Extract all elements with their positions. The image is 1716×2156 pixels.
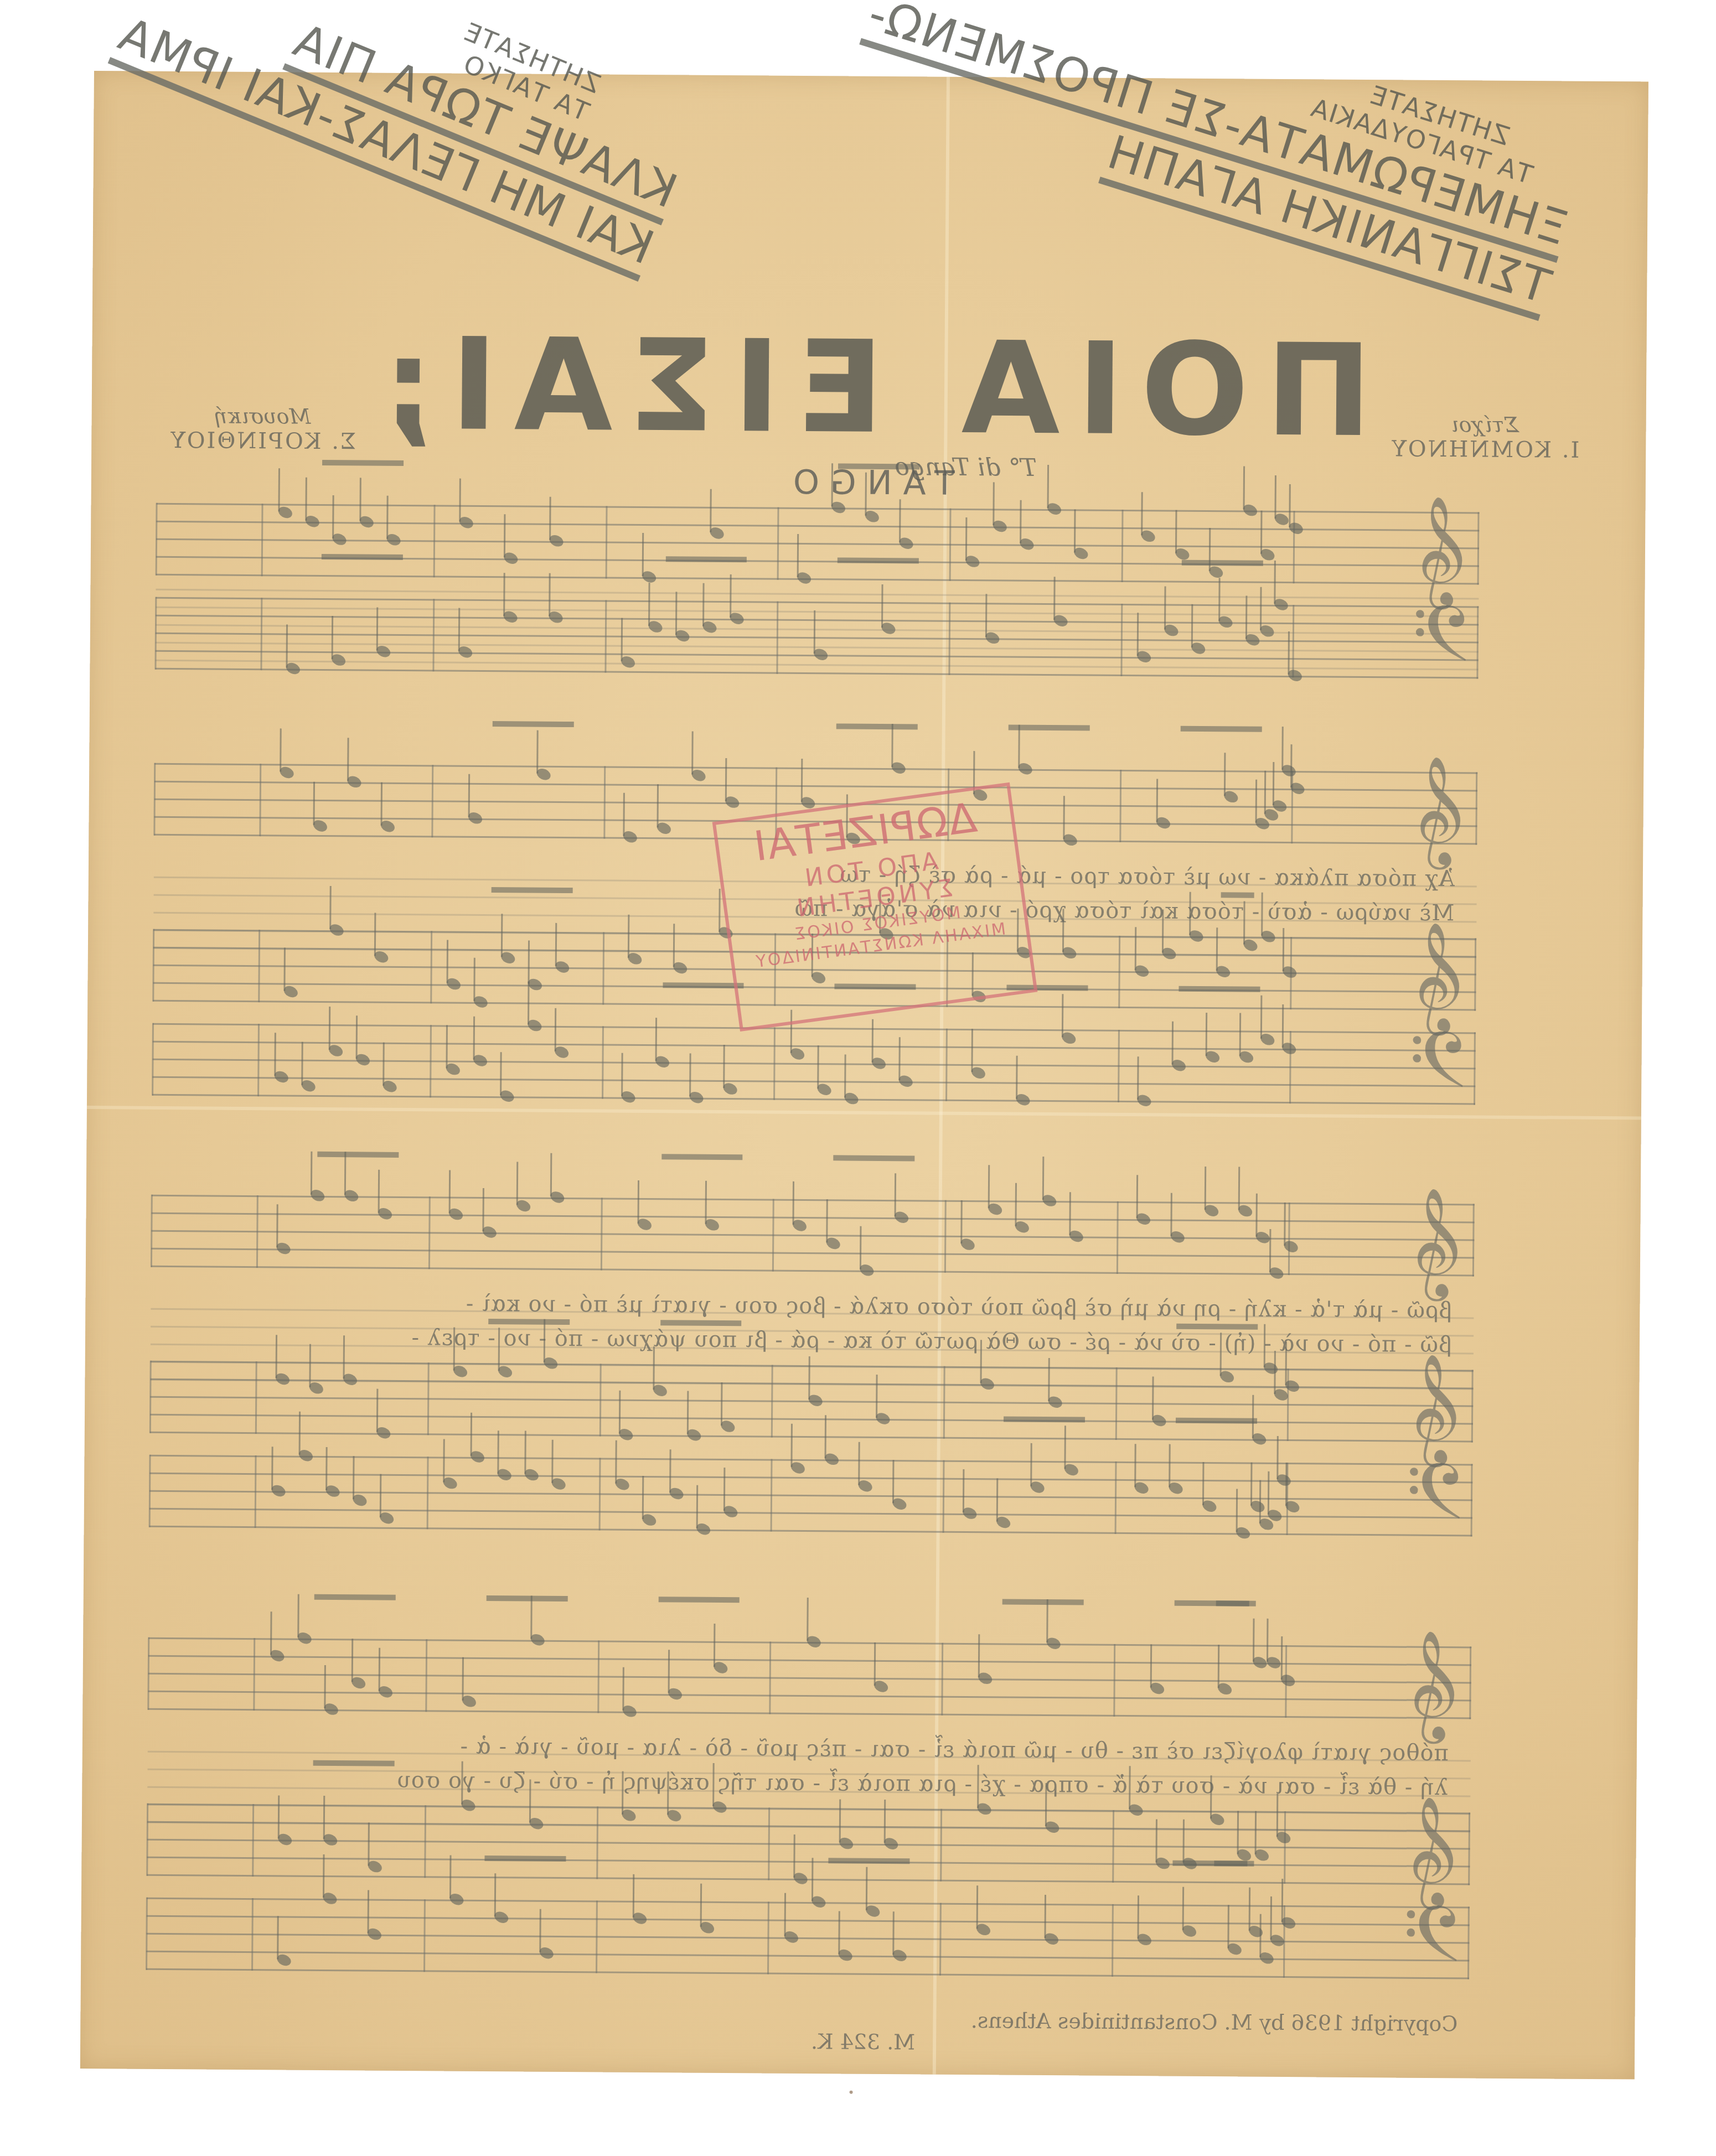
treble-clef-icon: 𝄞	[1416, 755, 1472, 867]
music-credit: Μουσική Σ. ΚΟΡΙΝΘΙΟΥ	[169, 403, 356, 454]
copyright-notice: Copyright 1936 by M. Constantinides Athe…	[971, 2008, 1458, 2036]
ghost-staff	[147, 1751, 1471, 1831]
staff: 𝄞	[148, 1637, 1471, 1647]
ghost-staff	[151, 1308, 1474, 1388]
advertisement-tangos: ΖΗΤΗΣΑΤΕ ΤΑ ΤΑΓΚΟ ΚΛΑΨΕ ΤΩΡΑ ΠΙΑ ΚΑΙ ΜΗ …	[108, 0, 707, 282]
lyricist-name: Ι. ΚΟΜΝΗΝΟΥ	[1390, 436, 1579, 463]
donation-stamp: ΔΩΡΙΖΕΤΑΙ ΑΠΟ ΤΟΝ ΣΥΝΘΕΤΗΝ ΜΟΥΣΙΚΟΣ ΟΙΚΟ…	[712, 782, 1038, 1032]
bass-clef-icon: 𝄢	[1403, 1890, 1464, 2001]
plate-number: M. 324 K.	[811, 2029, 915, 2054]
advertisement-songs: ΖΗΤΗΣΑΤΕ ΤΑ ΤΡΑΓΟΥΔΑΚΙΑ ΞΗΜΕΡΩΜΑΤΑ-ΣΕ ΠΡ…	[841, 0, 1593, 321]
bass-clef-icon: 𝄢	[1406, 1447, 1467, 1558]
staff: 𝄢	[153, 1023, 1476, 1033]
sheet-music-page: ΖΗΤΗΣΑΤΕ ΤΑ ΤΡΑΓΟΥΔΑΚΙΑ ΞΗΜΕΡΩΜΑΤΑ-ΣΕ ΠΡ…	[80, 71, 1648, 2080]
composer-name: Σ. ΚΟΡΙΝΘΙΟΥ	[169, 428, 356, 454]
staff: 𝄢	[147, 1898, 1470, 1907]
bass-clef-icon: 𝄢	[1409, 1015, 1470, 1127]
treble-clef-icon: 𝄞	[1413, 1187, 1469, 1298]
staff: 𝄞	[154, 763, 1477, 773]
staff: 𝄢	[150, 1455, 1473, 1464]
treble-clef-icon: 𝄞	[1410, 1630, 1466, 1741]
lyrics-credit: Στίχοι Ι. ΚΟΜΝΗΝΟΥ	[1390, 412, 1580, 463]
mirrored-show-through-content: ΖΗΤΗΣΑΤΕ ΤΑ ΤΡΑΓΟΥΔΑΚΙΑ ΞΗΜΕΡΩΜΑΤΑ-ΣΕ ΠΡ…	[80, 71, 1648, 2080]
music-role: Μουσική	[169, 403, 356, 429]
paper-speck	[850, 2091, 853, 2094]
staff: 𝄞	[152, 1195, 1475, 1204]
ghost-staff	[156, 589, 1479, 669]
lyrics-role: Στίχοι	[1390, 412, 1579, 437]
